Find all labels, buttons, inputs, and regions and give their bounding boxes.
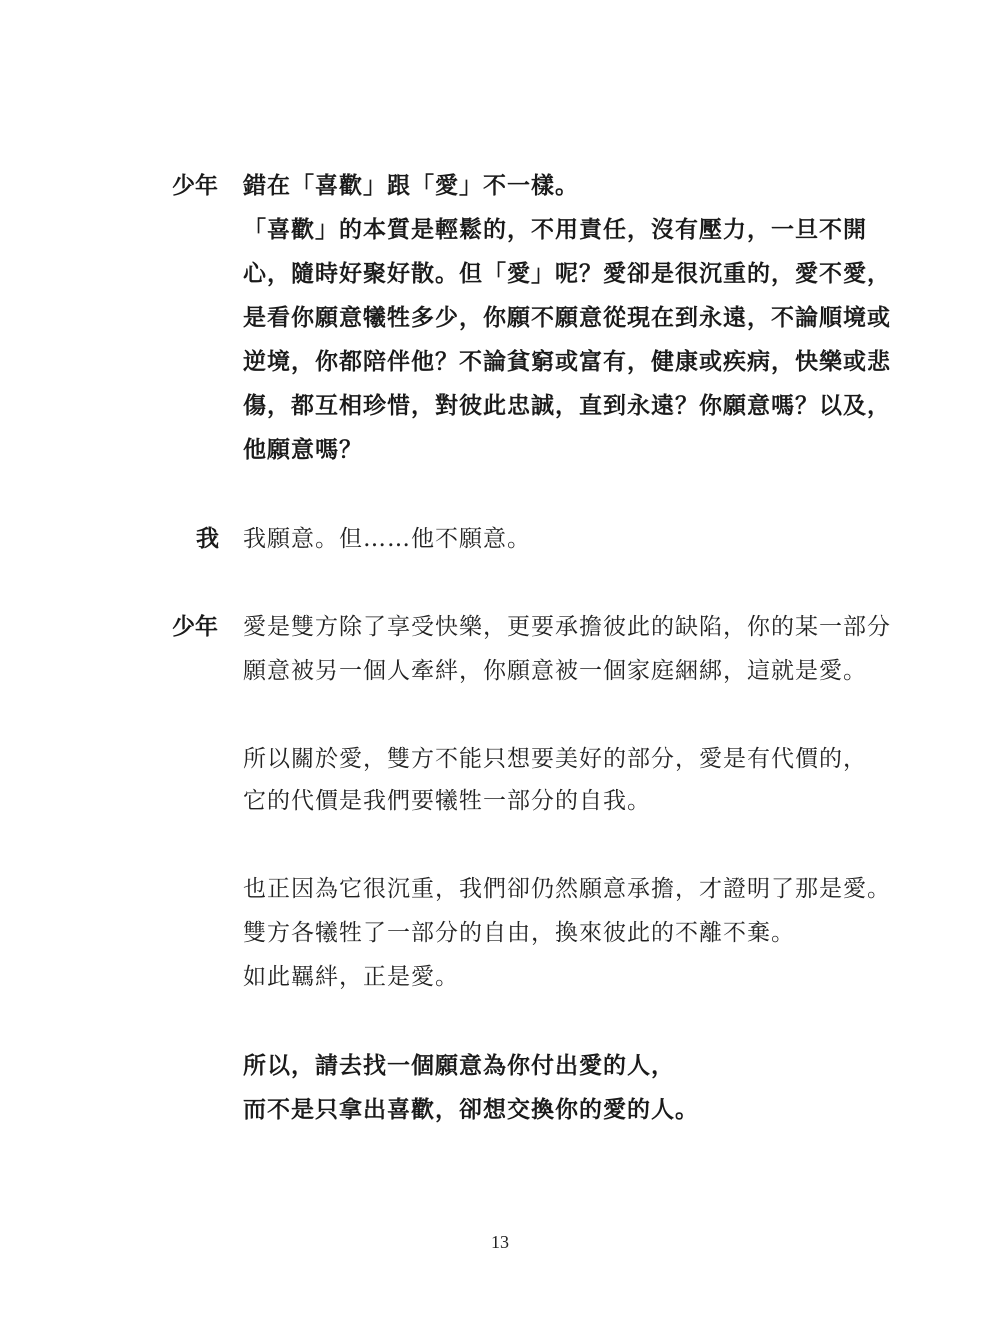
speaker-label: 少年 bbox=[172, 171, 218, 201]
text-line: 傷，都互相珍惜，對彼此忠誠，直到永遠？你願意嗎？以及， bbox=[243, 391, 891, 421]
text-line: 它的代價是我們要犧牲一部分的自我。 bbox=[243, 786, 651, 816]
text-line: 我願意。但……他不願意。 bbox=[243, 524, 531, 554]
speaker-label: 少年 bbox=[172, 612, 218, 642]
speaker-label: 我 bbox=[196, 524, 219, 554]
text-line: 願意被另一個人牽絆，你願意被一個家庭綑綁，這就是愛。 bbox=[243, 656, 867, 686]
text-line: 如此羈絆，正是愛。 bbox=[243, 962, 459, 992]
text-line: 他願意嗎？ bbox=[243, 435, 363, 465]
text-line: 愛是雙方除了享受快樂，更要承擔彼此的缺陷，你的某一部分 bbox=[243, 612, 891, 642]
text-line: 而不是只拿出喜歡，卻想交換你的愛的人。 bbox=[243, 1095, 699, 1125]
text-line: 逆境，你都陪伴他？不論貧窮或富有，健康或疾病，快樂或悲 bbox=[243, 347, 891, 377]
text-line: 所以關於愛，雙方不能只想要美好的部分，愛是有代價的， bbox=[243, 744, 867, 774]
page-number: 13 bbox=[0, 1232, 1000, 1253]
text-line: 所以，請去找一個願意為你付出愛的人， bbox=[243, 1051, 675, 1081]
text-line: 心，隨時好聚好散。但「愛」呢？愛卻是很沉重的，愛不愛， bbox=[243, 259, 891, 289]
text-line: 也正因為它很沉重，我們卻仍然願意承擔，才證明了那是愛。 bbox=[243, 874, 891, 904]
text-line: 錯在「喜歡」跟「愛」不一樣。 bbox=[243, 171, 579, 201]
text-line: 雙方各犧牲了一部分的自由，換來彼此的不離不棄。 bbox=[243, 918, 795, 948]
text-line: 「喜歡」的本質是輕鬆的，不用責任，沒有壓力，一旦不開 bbox=[243, 215, 867, 245]
text-line: 是看你願意犧牲多少，你願不願意從現在到永遠，不論順境或 bbox=[243, 303, 891, 333]
